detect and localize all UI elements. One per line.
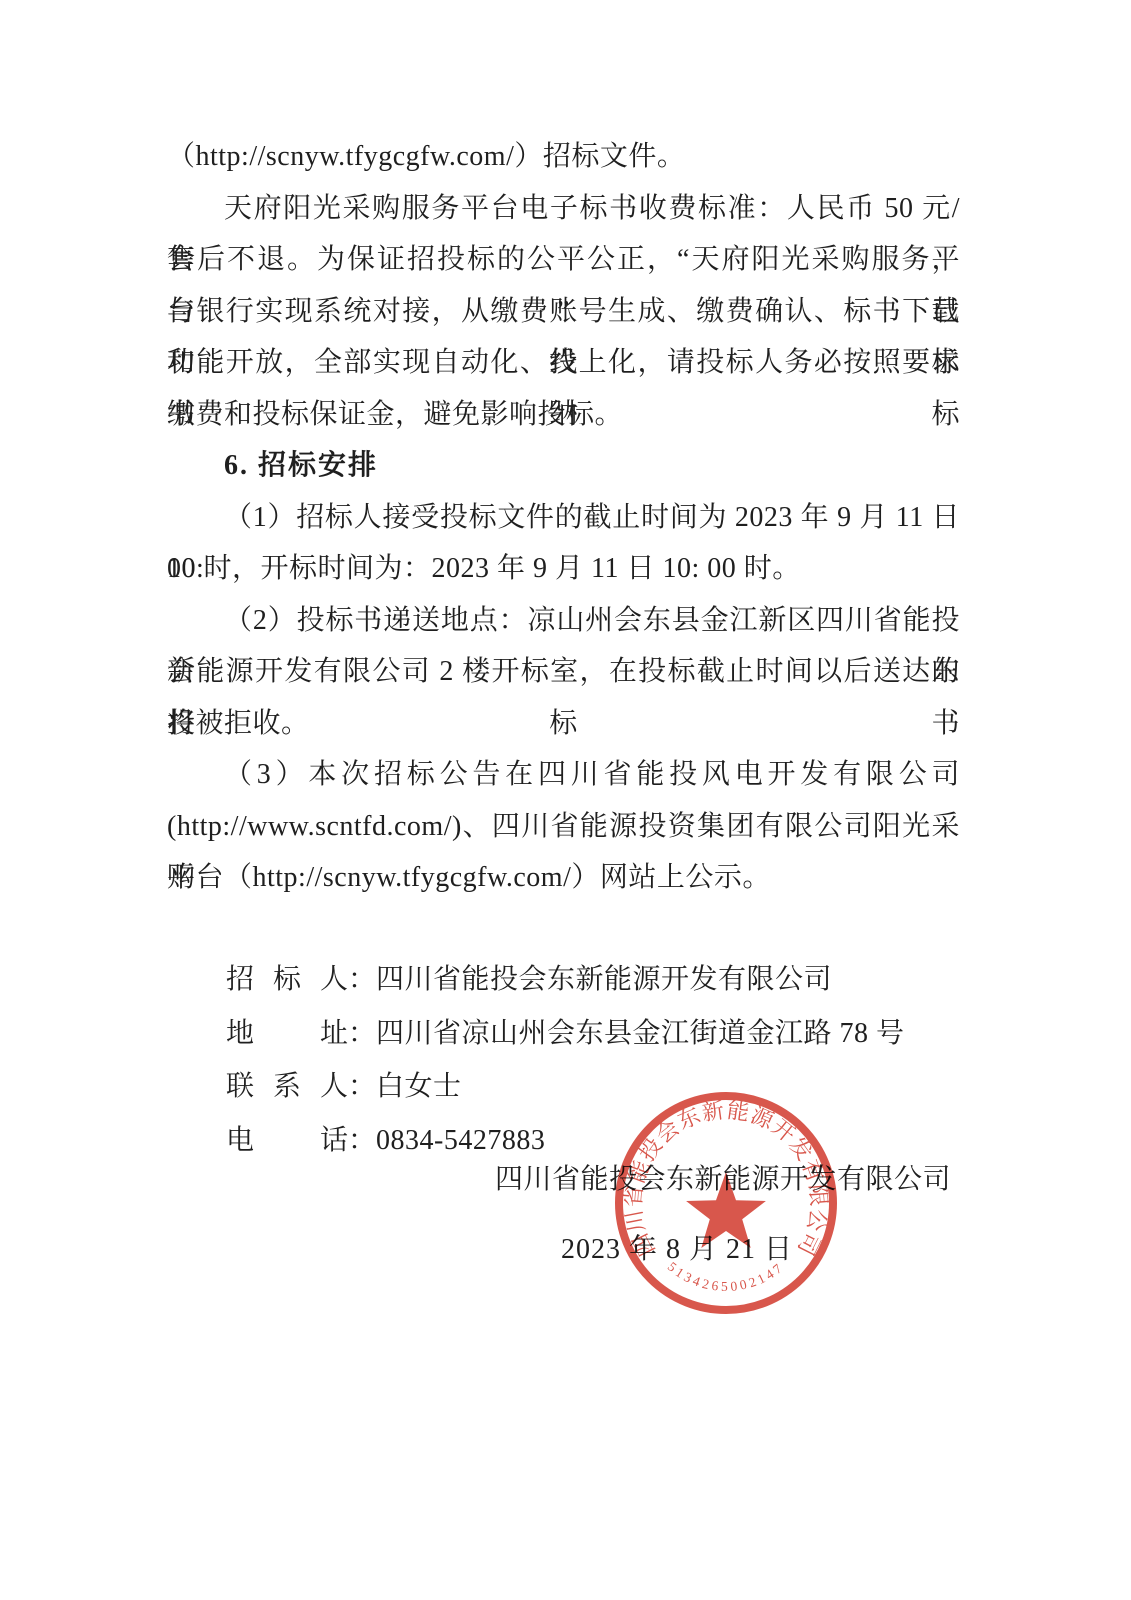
document-page: （http://scnyw.tfygcgfw.com/）招标文件。天府阳光采购服… (0, 0, 1131, 1600)
document-line: 天府阳光采购服务平台电子标书收费标准：人民币 50 元/套， (167, 183, 960, 235)
document-line: （2）投标书递送地点：凉山州会东县金江新区四川省能投会东 (167, 595, 960, 647)
document-line: 新能源开发有限公司 2 楼开标室，在投标截止时间以后送达的投标书 (167, 646, 960, 698)
signature-company: 四川省能投会东新能源开发有限公司 (495, 1162, 951, 1198)
document-line: 平台（http://scnyw.tfygcgfw.com/）网站上公示。 (167, 852, 960, 904)
contact-colon: ： (348, 1114, 376, 1168)
document-line: 功能开放，全部实现自动化、线上化，请投标人务必按照要求缴纳标 (167, 337, 960, 389)
signature-date: 2023 年 8 月 21 日 (561, 1232, 793, 1268)
document-line: （3）本次招标公告在四川省能投风电开发有限公司 (167, 749, 960, 801)
contact-value: 四川省凉山州会东县金江街道金江路 78 号 (376, 1018, 905, 1049)
contact-label: 联系人 (226, 1060, 348, 1114)
document-line: 与银行实现系统对接，从缴费账号生成、缴费确认、标书下载和投标 (167, 286, 960, 338)
contact-value: 0834-5427883 (376, 1125, 545, 1156)
contact-label: 地址 (226, 1007, 348, 1061)
document-line: 6. 招标安排 (167, 440, 960, 492)
document-line: (http://www.scntfd.com/)、四川省能源投资集团有限公司阳光… (167, 801, 960, 853)
document-line: （http://scnyw.tfygcgfw.com/）招标文件。 (167, 131, 960, 183)
contact-row: 地址：四川省凉山州会东县金江街道金江路 78 号 (167, 1007, 960, 1061)
contact-label: 电话 (226, 1114, 348, 1168)
contact-colon: ： (348, 1007, 376, 1061)
contact-row: 电话：0834-5427883 (167, 1114, 960, 1168)
contact-colon: ： (348, 1060, 376, 1114)
contact-value: 白女士 (376, 1071, 462, 1102)
body-text: （http://scnyw.tfygcgfw.com/）招标文件。天府阳光采购服… (167, 131, 960, 904)
document-line: 00 时，开标时间为：2023 年 9 月 11 日 10: 00 时。 (167, 543, 960, 595)
contact-label: 招标人 (226, 953, 348, 1007)
contact-row: 招标人：四川省能投会东新能源开发有限公司 (167, 953, 960, 1007)
document-line: （1）招标人接受投标文件的截止时间为 2023 年 9 月 11 日 10: (167, 492, 960, 544)
contact-row: 联系人：白女士 (167, 1060, 960, 1114)
contact-block: 招标人：四川省能投会东新能源开发有限公司地址：四川省凉山州会东县金江街道金江路 … (167, 953, 960, 1167)
contact-colon: ： (348, 953, 376, 1007)
contact-value: 四川省能投会东新能源开发有限公司 (376, 964, 832, 995)
document-line: 售后不退。为保证招投标的公平公正，“天府阳光采购服务平台”已 (167, 234, 960, 286)
